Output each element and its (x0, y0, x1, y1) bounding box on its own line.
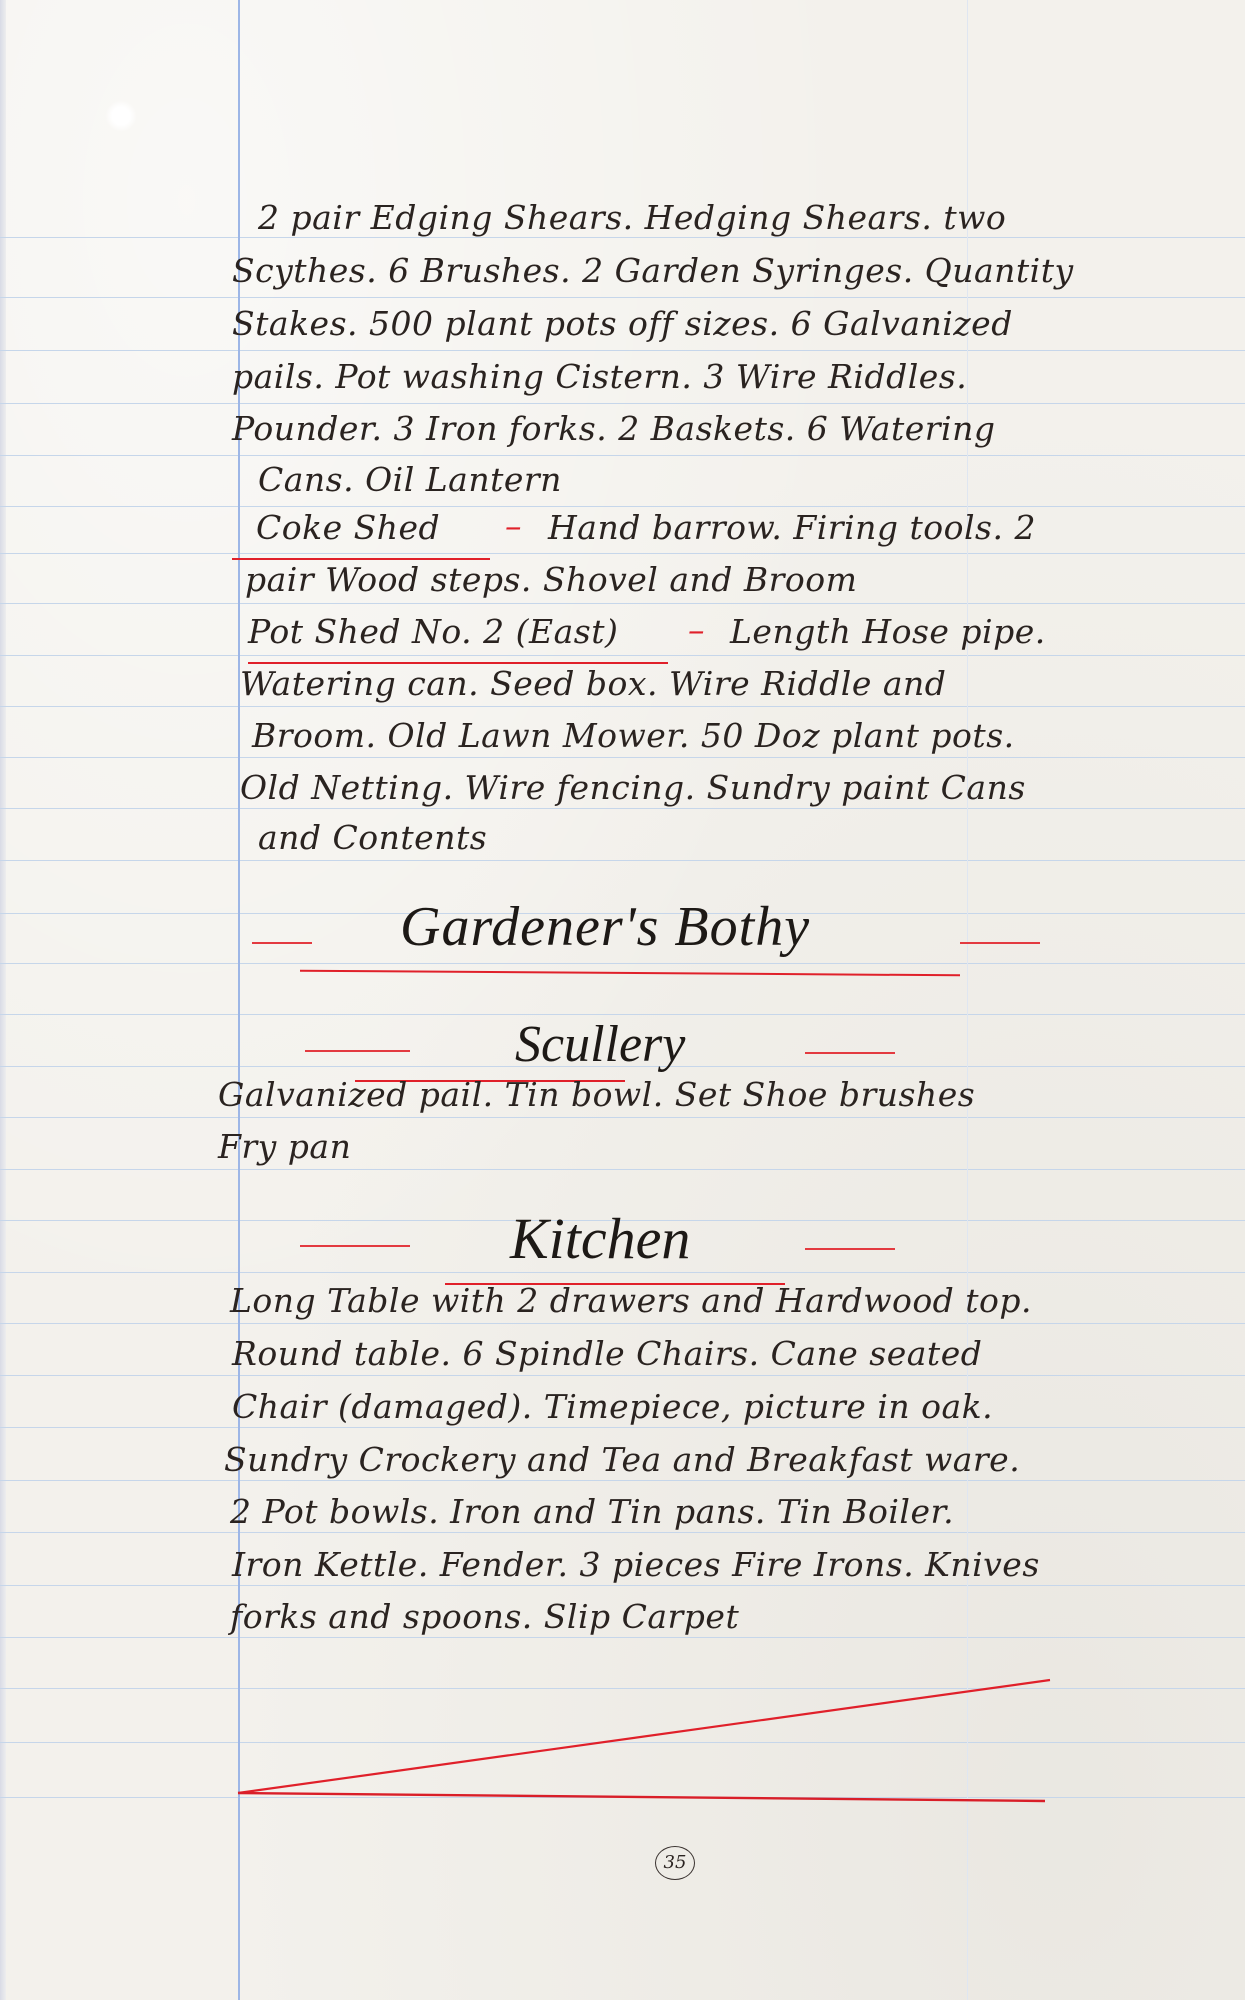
page-number: 35 (655, 1846, 695, 1880)
ledger-page: 2 pair Edging Shears. Hedging Shears. tw… (0, 0, 1245, 2000)
closing-red-lines (0, 0, 1245, 2000)
